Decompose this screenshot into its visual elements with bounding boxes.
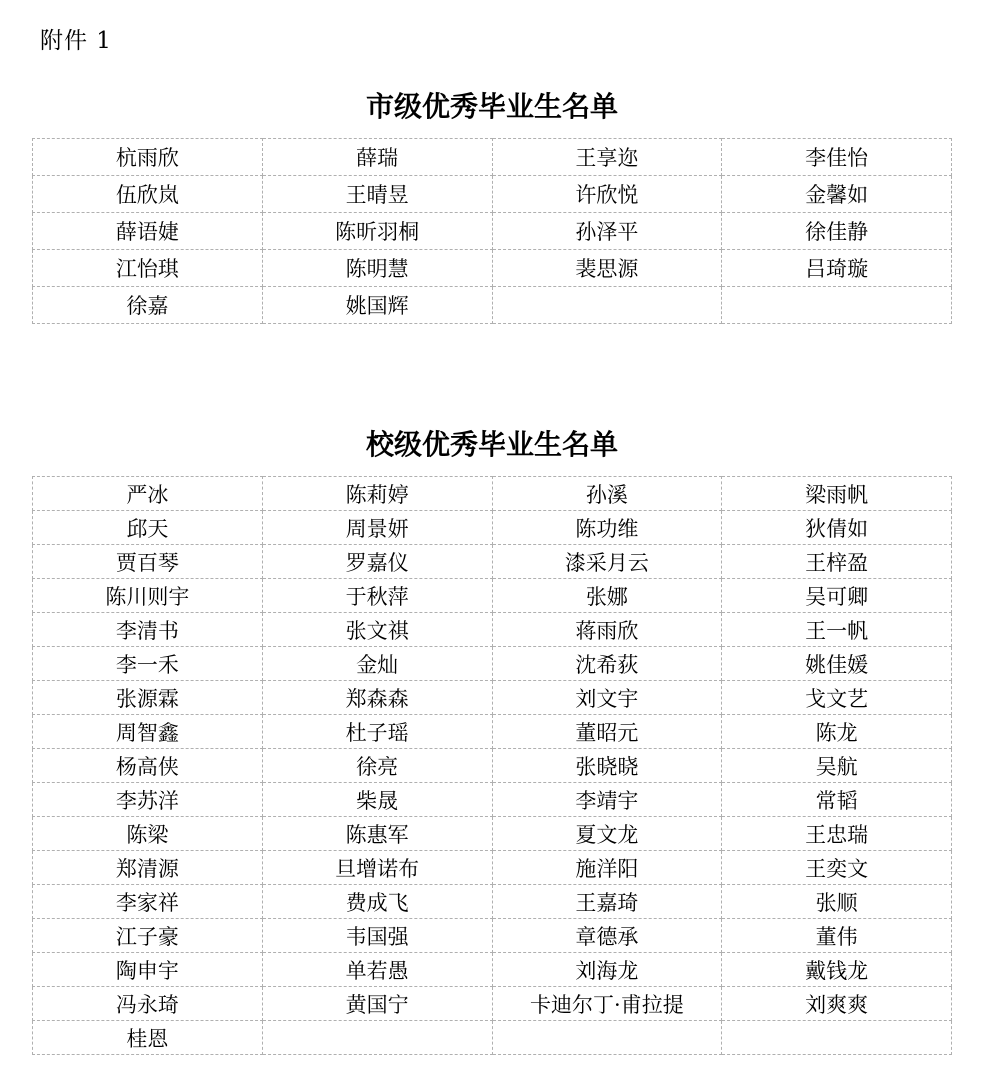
name-cell: 徐佳静 — [722, 213, 952, 250]
table-row: 邱天周景妍陈功维狄倩如 — [33, 511, 952, 545]
name-cell: 王奕文 — [722, 851, 952, 885]
name-cell: 桂恩 — [33, 1021, 263, 1055]
name-cell — [492, 1021, 722, 1055]
table-row: 陈川则宇于秋萍张娜吴可卿 — [33, 579, 952, 613]
name-cell: 严冰 — [33, 477, 263, 511]
name-cell: 黄国宁 — [262, 987, 492, 1021]
name-cell: 李苏洋 — [33, 783, 263, 817]
name-cell: 陈龙 — [722, 715, 952, 749]
name-cell: 梁雨帆 — [722, 477, 952, 511]
table-row: 桂恩 — [33, 1021, 952, 1055]
name-cell: 孙泽平 — [492, 213, 722, 250]
name-cell: 董昭元 — [492, 715, 722, 749]
name-cell: 吴航 — [722, 749, 952, 783]
name-cell: 薛语婕 — [33, 213, 263, 250]
name-cell: 陈功维 — [492, 511, 722, 545]
name-cell: 漆采月云 — [492, 545, 722, 579]
name-cell: 费成飞 — [262, 885, 492, 919]
table-row: 陈梁陈惠军夏文龙王忠瑞 — [33, 817, 952, 851]
name-cell: 张文祺 — [262, 613, 492, 647]
name-cell: 戈文艺 — [722, 681, 952, 715]
table-row: 李清书张文祺蒋雨欣王一帆 — [33, 613, 952, 647]
name-cell: 王梓盈 — [722, 545, 952, 579]
name-cell: 董伟 — [722, 919, 952, 953]
name-cell: 徐嘉 — [33, 287, 263, 324]
name-cell: 吴可卿 — [722, 579, 952, 613]
table-row: 薛语婕陈昕羽桐孙泽平徐佳静 — [33, 213, 952, 250]
name-cell: 李靖宇 — [492, 783, 722, 817]
name-cell: 郑清源 — [33, 851, 263, 885]
name-cell — [492, 287, 722, 324]
table-row: 李一禾金灿沈希荻姚佳媛 — [33, 647, 952, 681]
name-cell: 贾百琴 — [33, 545, 263, 579]
name-cell: 金灿 — [262, 647, 492, 681]
name-cell: 张娜 — [492, 579, 722, 613]
table-row: 徐嘉姚国辉 — [33, 287, 952, 324]
table-row: 杨高侠徐亮张晓晓吴航 — [33, 749, 952, 783]
name-cell: 单若愚 — [262, 953, 492, 987]
table-row: 郑清源旦增诺布施洋阳王奕文 — [33, 851, 952, 885]
name-cell: 陈川则宇 — [33, 579, 263, 613]
name-cell: 蒋雨欣 — [492, 613, 722, 647]
name-cell: 常韬 — [722, 783, 952, 817]
name-cell: 郑森森 — [262, 681, 492, 715]
name-cell: 杭雨欣 — [33, 139, 263, 176]
name-cell: 徐亮 — [262, 749, 492, 783]
name-cell: 王享迩 — [492, 139, 722, 176]
name-cell: 江怡琪 — [33, 250, 263, 287]
table-row: 张源霖郑森森刘文宇戈文艺 — [33, 681, 952, 715]
name-cell: 陈明慧 — [262, 250, 492, 287]
name-cell: 姚国辉 — [262, 287, 492, 324]
table-row: 贾百琴罗嘉仪漆采月云王梓盈 — [33, 545, 952, 579]
name-cell — [722, 1021, 952, 1055]
name-cell: 夏文龙 — [492, 817, 722, 851]
name-cell: 狄倩如 — [722, 511, 952, 545]
name-cell: 王嘉琦 — [492, 885, 722, 919]
attachment-label: 附件 1 — [40, 26, 984, 56]
name-cell: 刘文宇 — [492, 681, 722, 715]
name-cell: 邱天 — [33, 511, 263, 545]
name-cell: 裴思源 — [492, 250, 722, 287]
table-row: 周智鑫杜子瑶董昭元陈龙 — [33, 715, 952, 749]
name-cell: 江子豪 — [33, 919, 263, 953]
name-cell: 陈莉婷 — [262, 477, 492, 511]
table-row: 江怡琪陈明慧裴思源吕琦璇 — [33, 250, 952, 287]
name-cell: 孙溪 — [492, 477, 722, 511]
municipal-table-body: 杭雨欣薛瑞王享迩李佳怡伍欣岚王晴昱许欣悦金馨如薛语婕陈昕羽桐孙泽平徐佳静江怡琪陈… — [33, 139, 952, 324]
name-cell: 薛瑞 — [262, 139, 492, 176]
name-cell: 姚佳媛 — [722, 647, 952, 681]
school-list-title: 校级优秀毕业生名单 — [0, 428, 984, 462]
name-cell: 李一禾 — [33, 647, 263, 681]
municipal-list-title: 市级优秀毕业生名单 — [0, 90, 984, 124]
name-cell: 刘海龙 — [492, 953, 722, 987]
name-cell: 陈梁 — [33, 817, 263, 851]
table-row: 冯永琦黄国宁卡迪尔丁·甫拉提刘爽爽 — [33, 987, 952, 1021]
name-cell: 张源霖 — [33, 681, 263, 715]
name-cell: 刘爽爽 — [722, 987, 952, 1021]
table-row: 李苏洋柴晟李靖宇常韬 — [33, 783, 952, 817]
name-cell: 金馨如 — [722, 176, 952, 213]
name-cell: 于秋萍 — [262, 579, 492, 613]
name-cell: 张晓晓 — [492, 749, 722, 783]
table-row: 伍欣岚王晴昱许欣悦金馨如 — [33, 176, 952, 213]
name-cell: 戴钱龙 — [722, 953, 952, 987]
name-cell: 周智鑫 — [33, 715, 263, 749]
name-cell: 沈希荻 — [492, 647, 722, 681]
name-cell: 陈昕羽桐 — [262, 213, 492, 250]
name-cell: 李家祥 — [33, 885, 263, 919]
name-cell: 张顺 — [722, 885, 952, 919]
table-row: 江子豪韦国强章德承董伟 — [33, 919, 952, 953]
name-cell — [722, 287, 952, 324]
name-cell: 罗嘉仪 — [262, 545, 492, 579]
school-table-body: 严冰陈莉婷孙溪梁雨帆邱天周景妍陈功维狄倩如贾百琴罗嘉仪漆采月云王梓盈陈川则宇于秋… — [33, 477, 952, 1055]
name-cell: 许欣悦 — [492, 176, 722, 213]
name-cell: 施洋阳 — [492, 851, 722, 885]
name-cell: 旦增诺布 — [262, 851, 492, 885]
name-cell: 章德承 — [492, 919, 722, 953]
municipal-graduates-table: 杭雨欣薛瑞王享迩李佳怡伍欣岚王晴昱许欣悦金馨如薛语婕陈昕羽桐孙泽平徐佳静江怡琪陈… — [32, 138, 952, 324]
name-cell: 卡迪尔丁·甫拉提 — [492, 987, 722, 1021]
school-graduates-table: 严冰陈莉婷孙溪梁雨帆邱天周景妍陈功维狄倩如贾百琴罗嘉仪漆采月云王梓盈陈川则宇于秋… — [32, 476, 952, 1055]
name-cell — [262, 1021, 492, 1055]
name-cell: 杜子瑶 — [262, 715, 492, 749]
name-cell: 李清书 — [33, 613, 263, 647]
name-cell: 李佳怡 — [722, 139, 952, 176]
table-row: 李家祥费成飞王嘉琦张顺 — [33, 885, 952, 919]
name-cell: 伍欣岚 — [33, 176, 263, 213]
name-cell: 柴晟 — [262, 783, 492, 817]
name-cell: 王忠瑞 — [722, 817, 952, 851]
name-cell: 陶申宇 — [33, 953, 263, 987]
name-cell: 王一帆 — [722, 613, 952, 647]
name-cell: 王晴昱 — [262, 176, 492, 213]
name-cell: 韦国强 — [262, 919, 492, 953]
name-cell: 周景妍 — [262, 511, 492, 545]
name-cell: 陈惠军 — [262, 817, 492, 851]
document-page: 附件 1 市级优秀毕业生名单 杭雨欣薛瑞王享迩李佳怡伍欣岚王晴昱许欣悦金馨如薛语… — [0, 0, 984, 1085]
name-cell: 吕琦璇 — [722, 250, 952, 287]
table-row: 杭雨欣薛瑞王享迩李佳怡 — [33, 139, 952, 176]
table-row: 严冰陈莉婷孙溪梁雨帆 — [33, 477, 952, 511]
name-cell: 杨高侠 — [33, 749, 263, 783]
name-cell: 冯永琦 — [33, 987, 263, 1021]
table-row: 陶申宇单若愚刘海龙戴钱龙 — [33, 953, 952, 987]
